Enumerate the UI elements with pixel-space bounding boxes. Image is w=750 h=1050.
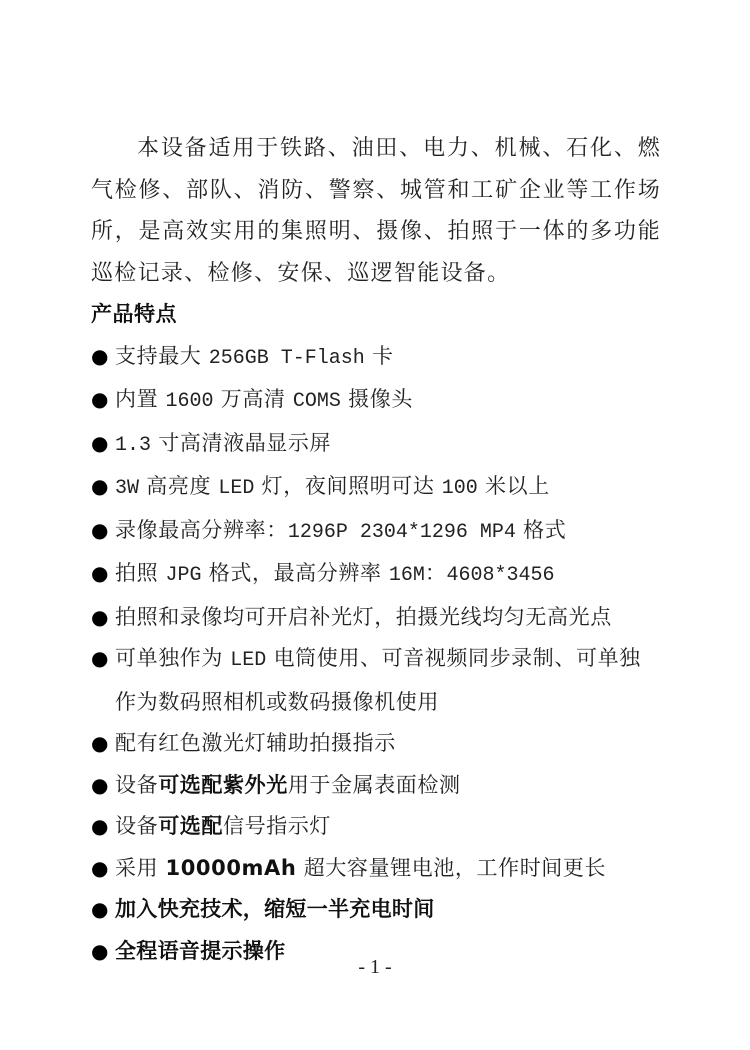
feature-text: 16M — [389, 564, 425, 587]
feature-item: ●支持最大 256GB T-Flash 卡 — [91, 336, 661, 380]
feature-list: ●支持最大 256GB T-Flash 卡●内置 1600 万高清 COMS 摄… — [91, 336, 661, 973]
feature-text: 超大容量锂电池，工作时间更长 — [296, 856, 606, 880]
bullet-icon: ● — [91, 889, 109, 931]
feature-text: LED — [218, 477, 254, 500]
features-heading: 产品特点 — [91, 294, 661, 336]
feature-item: ●录像最高分辨率：1296P 2304*1296 MP4 格式 — [91, 510, 661, 554]
feature-item: ●拍照 JPG 格式，最高分辨率 16M：4608*3456 — [91, 553, 661, 597]
feature-text: 配有红色激光灯辅助拍摄指示 — [115, 731, 396, 755]
feature-text: 256GB T-Flash — [209, 347, 365, 370]
feature-item: ●3W 高亮度 LED 灯，夜间照明可达 100 米以上 — [91, 466, 661, 510]
feature-item: ●配有红色激光灯辅助拍摄指示 — [91, 723, 661, 765]
feature-text: 设备 — [115, 773, 158, 797]
feature-item: ●设备可选配信号指示灯 — [91, 806, 661, 848]
feature-text: 拍照和录像均可开启补光灯，拍摄光线均匀无高光点 — [115, 605, 612, 629]
feature-text: 1600 — [165, 390, 213, 413]
feature-text-emphasis: 可选配紫外光 — [158, 773, 288, 797]
feature-text: 高亮度 — [139, 474, 218, 498]
feature-item: ●可单独作为 LED 电筒使用、可音视频同步录制、可单独作为数码照相机或数码摄像… — [91, 638, 661, 723]
feature-text: 格式 — [516, 518, 566, 542]
bullet-icon: ● — [91, 765, 109, 807]
bullet-icon: ● — [91, 423, 109, 465]
bullet-icon: ● — [91, 723, 109, 765]
feature-text: JPG — [165, 564, 201, 587]
bullet-icon: ● — [91, 848, 109, 890]
feature-text: 卡 — [365, 344, 394, 368]
feature-item: ●加入快充技术，缩短一半充电时间 — [91, 889, 661, 931]
feature-text-emphasis: 可选配 — [158, 814, 223, 838]
feature-text: 信号指示灯 — [223, 814, 331, 838]
bullet-icon: ● — [91, 553, 109, 595]
feature-text: 1.3 — [115, 434, 151, 457]
document-page: 本设备适用于铁路、油田、电力、机械、石化、燃气检修、部队、消防、警察、城管和工矿… — [91, 128, 661, 972]
feature-text: 用于金属表面检测 — [288, 773, 461, 797]
intro-paragraph: 本设备适用于铁路、油田、电力、机械、石化、燃气检修、部队、消防、警察、城管和工矿… — [91, 128, 661, 294]
feature-item: ●内置 1600 万高清 COMS 摄像头 — [91, 379, 661, 423]
feature-text: 灯，夜间照明可达 — [254, 474, 441, 498]
feature-item: ●设备可选配紫外光用于金属表面检测 — [91, 765, 661, 807]
bullet-icon: ● — [91, 466, 109, 508]
feature-text: 录像最高分辨率： — [115, 518, 288, 542]
bullet-icon: ● — [91, 510, 109, 552]
feature-text: 内置 — [115, 387, 165, 411]
feature-text: 设备 — [115, 814, 158, 838]
feature-text: 格式，最高分辨率 — [202, 561, 389, 585]
page-number: - 1 - — [0, 956, 750, 979]
feature-item: ●采用 10000mAh 超大容量锂电池，工作时间更长 — [91, 848, 661, 890]
bullet-icon: ● — [91, 806, 109, 848]
feature-text: 寸高清液晶显示屏 — [151, 431, 331, 455]
feature-text: 拍照 — [115, 561, 165, 585]
feature-text: 1296P 2304*1296 MP4 — [288, 521, 516, 544]
bullet-icon: ● — [91, 597, 109, 639]
feature-text: 3W — [115, 477, 139, 500]
feature-text: 支持最大 — [115, 344, 209, 368]
feature-text: LED — [230, 649, 266, 672]
feature-text: 摄像头 — [341, 387, 413, 411]
feature-text: 米以上 — [478, 474, 550, 498]
feature-text: COMS — [293, 390, 341, 413]
bullet-icon: ● — [91, 638, 109, 680]
feature-item: ●1.3 寸高清液晶显示屏 — [91, 423, 661, 467]
feature-text: ： — [425, 561, 447, 585]
feature-text-emphasis: 10000mAh — [165, 856, 296, 880]
feature-text: 100 — [442, 477, 478, 500]
feature-text: 4608*3456 — [446, 564, 554, 587]
feature-text: 加入快充技术，缩短一半充电时间 — [115, 897, 435, 921]
feature-text: 万高清 — [214, 387, 293, 411]
bullet-icon: ● — [91, 336, 109, 378]
feature-text: 采用 — [115, 856, 165, 880]
feature-item: ●拍照和录像均可开启补光灯，拍摄光线均匀无高光点 — [91, 597, 661, 639]
feature-text: 可单独作为 — [115, 646, 230, 670]
bullet-icon: ● — [91, 379, 109, 421]
